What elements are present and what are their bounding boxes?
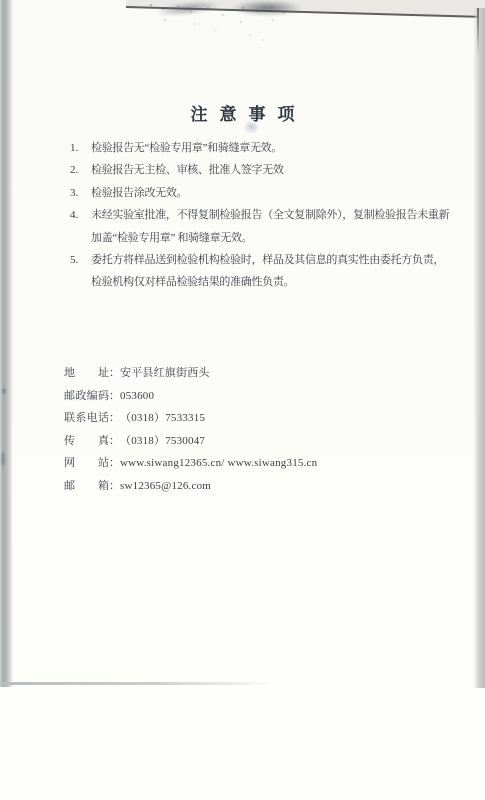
contact-row-fax: 传真：（0318）7530047 — [64, 430, 317, 453]
note-number: 1. — [70, 137, 91, 159]
scan-speck — [1, 452, 5, 466]
contact-value: 053600 — [120, 390, 154, 402]
note-text: 检验报告涂改无效。 — [91, 182, 472, 204]
contact-label: 联系电话 — [64, 407, 109, 430]
note-text: 检验报告无主检、审核、批准人签字无效 — [91, 159, 472, 181]
ink-speckles — [150, 4, 152, 6]
page-title: 注意事项 — [0, 100, 485, 125]
notes-list: 1. 检验报告无“检验专用章”和骑缝章无效。 2. 检验报告无主检、审核、批准人… — [70, 137, 472, 294]
note-item: 4. 未经实验室批准，不得复制检验报告（全文复制除外），复制检验报告未重新 加盖… — [70, 204, 472, 249]
contact-colon: ： — [109, 407, 120, 430]
contact-label: 地址 — [64, 362, 109, 385]
contact-row-phone: 联系电话：（0318）7533315 — [64, 407, 317, 430]
note-item: 5. 委托方将样品送到检验机构检验时，样品及其信息的真实性由委托方负责， 检验机… — [70, 249, 472, 294]
note-number: 2. — [70, 159, 91, 181]
contact-value: www.siwang12365.cn/ www.siwang315.cn — [120, 457, 317, 469]
contact-row-postcode: 邮政编码：053600 — [64, 385, 317, 408]
note-item: 1. 检验报告无“检验专用章”和骑缝章无效。 — [70, 137, 472, 159]
contact-value: （0318）7530047 — [120, 435, 205, 447]
scan-speck — [2, 388, 6, 394]
note-number: 5. — [70, 249, 91, 294]
contact-label: 邮箱 — [64, 475, 109, 498]
contact-value: 安平县红旗街西头 — [120, 367, 210, 379]
contact-colon: ： — [109, 430, 120, 453]
note-number: 3. — [70, 182, 91, 204]
note-text: 未经实验室批准，不得复制检验报告（全文复制除外），复制检验报告未重新 加盖“检验… — [91, 204, 472, 249]
contact-value: （0318）7533315 — [120, 412, 205, 424]
note-text: 委托方将样品送到检验机构检验时，样品及其信息的真实性由委托方负责， 检验机构仅对… — [91, 249, 472, 294]
contact-value: sw12365@126.com — [120, 480, 211, 492]
contact-row-email: 邮箱：sw12365@126.com — [64, 475, 317, 498]
note-number: 4. — [70, 204, 91, 249]
note-item: 2. 检验报告无主检、审核、批准人签字无效 — [70, 159, 472, 181]
contact-colon: ： — [109, 475, 120, 498]
note-item: 3. 检验报告涂改无效。 — [70, 182, 472, 204]
contact-label: 传真 — [64, 430, 109, 453]
paper-bottom-edge — [0, 682, 335, 685]
contact-row-website: 网站：www.siwang12365.cn/ www.siwang315.cn — [64, 452, 317, 475]
contact-row-address: 地址：安平县红旗街西头 — [64, 362, 317, 385]
contact-block: 地址：安平县红旗街西头 邮政编码：053600 联系电话：（0318）75333… — [64, 362, 317, 498]
contact-colon: ： — [109, 362, 120, 385]
contact-label: 网站 — [64, 452, 109, 475]
paper-corner-edge — [477, 8, 479, 56]
contact-label: 邮政编码 — [64, 385, 109, 408]
ink-smudge — [232, 0, 302, 16]
contact-colon: ： — [109, 452, 120, 475]
scanned-document-page: { "document": { "title": "注意事项", "notes"… — [0, 0, 485, 800]
contact-colon: ： — [109, 385, 120, 408]
note-text: 检验报告无“检验专用章”和骑缝章无效。 — [91, 137, 472, 159]
